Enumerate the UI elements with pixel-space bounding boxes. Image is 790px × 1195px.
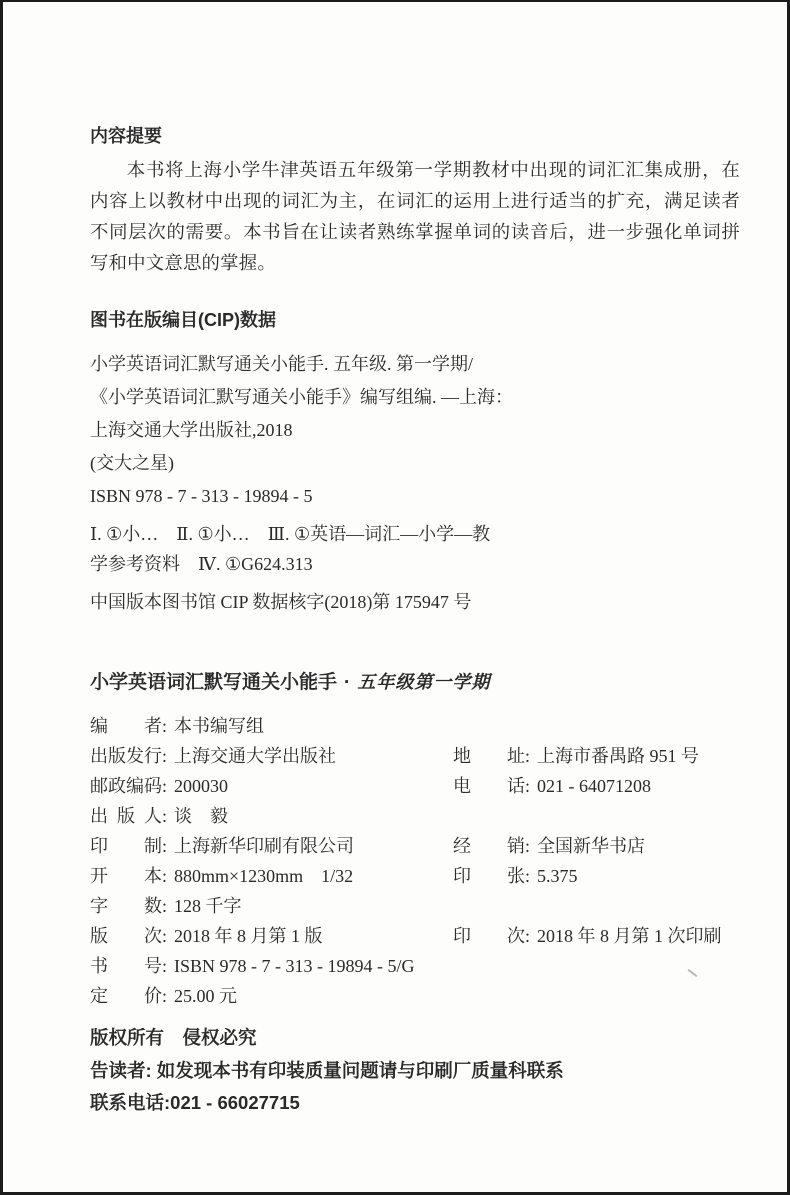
summary-paragraph: 本书将上海小学牛津英语五年级第一学期教材中出现的词汇汇集成册，在内容上以教材中出…: [90, 155, 740, 279]
colon: :: [162, 801, 167, 831]
field-label: 经销: [453, 831, 525, 861]
field-distributor: 经销:全国新华书店: [453, 831, 745, 861]
colon: :: [162, 951, 167, 981]
field-value: 021 - 64071208: [537, 771, 651, 801]
colon: :: [162, 711, 167, 741]
colon: :: [162, 921, 167, 951]
field-edition: 版次:2018 年 8 月第 1 版: [90, 921, 453, 951]
field-label: 字数: [90, 891, 162, 921]
colon: :: [525, 831, 530, 861]
field-value: 上海交通大学出版社: [174, 741, 336, 771]
field-sheets: 印张:5.375: [453, 861, 745, 891]
field-label: 电话: [453, 771, 525, 801]
field-label: 出版人: [90, 801, 162, 831]
title-separator-dot: ·: [344, 672, 350, 693]
cip-classification-line: Ⅰ. ①小… Ⅱ. ①小… Ⅲ. ①英语—词汇—小学—教: [90, 519, 745, 549]
field-value: 本书编写组: [174, 711, 264, 741]
field-telephone: 电话:021 - 64071208: [453, 771, 745, 801]
field-publisher: 出版发行:上海交通大学出版社: [90, 741, 453, 771]
table-row: 书号:ISBN 978 - 7 - 313 - 19894 - 5/G: [90, 951, 745, 981]
field-address: 地址:上海市番禺路 951 号: [453, 741, 745, 771]
table-row: 版次:2018 年 8 月第 1 版 印次:2018 年 8 月第 1 次印刷: [90, 921, 745, 951]
field-label: 邮政编码: [90, 771, 162, 801]
field-label: 定价: [90, 981, 162, 1011]
book-title-main: 小学英语词汇默写通关小能手: [90, 672, 337, 693]
field-value: 谈 毅: [174, 801, 228, 831]
field-value: 全国新华书店: [537, 831, 645, 861]
cip-block: 小学英语词汇默写通关小能手. 五年级. 第一学期/ 《小学英语词汇默写通关小能手…: [90, 348, 745, 513]
field-book-number: 书号:ISBN 978 - 7 - 313 - 19894 - 5/G: [90, 951, 453, 981]
field-label: 印次: [453, 921, 525, 951]
table-row: 定价:25.00 元: [90, 981, 745, 1011]
field-value: 200030: [174, 771, 228, 801]
cip-line: 上海交通大学出版社,2018: [90, 414, 745, 447]
cip-line: (交大之星): [90, 447, 745, 480]
colon: :: [162, 981, 167, 1011]
table-row: 出版发行:上海交通大学出版社 地址:上海市番禺路 951 号: [90, 741, 745, 771]
cip-registry-line: 中国版本图书馆 CIP 数据核字(2018)第 175947 号: [90, 590, 745, 614]
book-title: 小学英语词汇默写通关小能手·五年级第一学期: [90, 670, 745, 695]
field-editor: 编者:本书编写组: [90, 711, 453, 741]
colon: :: [525, 921, 530, 951]
field-value: ISBN 978 - 7 - 313 - 19894 - 5/G: [174, 951, 415, 981]
colon: :: [162, 891, 167, 921]
field-label: 书号: [90, 951, 162, 981]
table-row: 字数:128 千字: [90, 891, 745, 921]
colon: :: [162, 741, 167, 771]
table-row: 邮政编码:200030 电话:021 - 64071208: [90, 771, 745, 801]
page-content: 内容提要 本书将上海小学牛津英语五年级第一学期教材中出现的词汇汇集成册，在内容上…: [90, 126, 745, 1120]
field-value: 880mm×1230mm 1/32: [174, 861, 353, 891]
table-row: 出版人:谈 毅: [90, 801, 745, 831]
cip-line: 小学英语词汇默写通关小能手. 五年级. 第一学期/: [90, 348, 745, 381]
cip-isbn-line: ISBN 978 - 7 - 313 - 19894 - 5: [90, 480, 745, 513]
field-wordcount: 字数:128 千字: [90, 891, 453, 921]
field-format: 开本:880mm×1230mm 1/32: [90, 861, 453, 891]
field-value: 2018 年 8 月第 1 次印刷: [537, 921, 722, 951]
cip-heading: 图书在版编目(CIP)数据: [90, 310, 745, 330]
field-printer: 印制:上海新华印刷有限公司: [90, 831, 453, 861]
reader-notice: 告读者: 如发现本书有印装质量问题请与印刷厂质量科联系: [90, 1055, 745, 1088]
colon: :: [162, 771, 167, 801]
field-label: 编者: [90, 711, 162, 741]
field-value: 128 千字: [174, 891, 242, 921]
colon: :: [525, 861, 530, 891]
colon: :: [525, 741, 530, 771]
cip-classification-line: 学参考资料 Ⅳ. ①G624.313: [90, 549, 745, 579]
copyright-statement: 版权所有 侵权必究: [90, 1022, 745, 1055]
book-title-subtitle: 五年级第一学期: [357, 672, 490, 692]
summary-heading: 内容提要: [90, 126, 745, 146]
colon: :: [162, 861, 167, 891]
field-value: 5.375: [537, 861, 578, 891]
colophon-table: 编者:本书编写组 出版发行:上海交通大学出版社 地址:上海市番禺路 951 号 …: [90, 711, 745, 1011]
field-label: 印制: [90, 831, 162, 861]
field-price: 定价:25.00 元: [90, 981, 453, 1011]
field-label: 开本: [90, 861, 162, 891]
colon: :: [525, 771, 530, 801]
footer: 版权所有 侵权必究 告读者: 如发现本书有印装质量问题请与印刷厂质量科联系 联系…: [90, 1022, 745, 1120]
cip-line: 《小学英语词汇默写通关小能手》编写组编. —上海：: [90, 381, 745, 414]
table-row: 印制:上海新华印刷有限公司 经销:全国新华书店: [90, 831, 745, 861]
table-row: 开本:880mm×1230mm 1/32 印张:5.375: [90, 861, 745, 891]
field-label: 印张: [453, 861, 525, 891]
field-label: 出版发行: [90, 741, 162, 771]
field-printing: 印次:2018 年 8 月第 1 次印刷: [453, 921, 745, 951]
field-postcode: 邮政编码:200030: [90, 771, 453, 801]
copyright-page: 内容提要 本书将上海小学牛津英语五年级第一学期教材中出现的词汇汇集成册，在内容上…: [0, 0, 790, 1195]
field-value: 25.00 元: [174, 981, 237, 1011]
table-row: 编者:本书编写组: [90, 711, 745, 741]
field-publisher-person: 出版人:谈 毅: [90, 801, 453, 831]
field-value: 上海市番禺路 951 号: [537, 741, 699, 771]
field-label: 版次: [90, 921, 162, 951]
cip-classification: Ⅰ. ①小… Ⅱ. ①小… Ⅲ. ①英语—词汇—小学—教 学参考资料 Ⅳ. ①G…: [90, 519, 745, 579]
colon: :: [162, 831, 167, 861]
contact-phone: 联系电话:021 - 66027715: [90, 1087, 745, 1120]
field-value: 上海新华印刷有限公司: [174, 831, 354, 861]
field-label: 地址: [453, 741, 525, 771]
field-value: 2018 年 8 月第 1 版: [174, 921, 323, 951]
